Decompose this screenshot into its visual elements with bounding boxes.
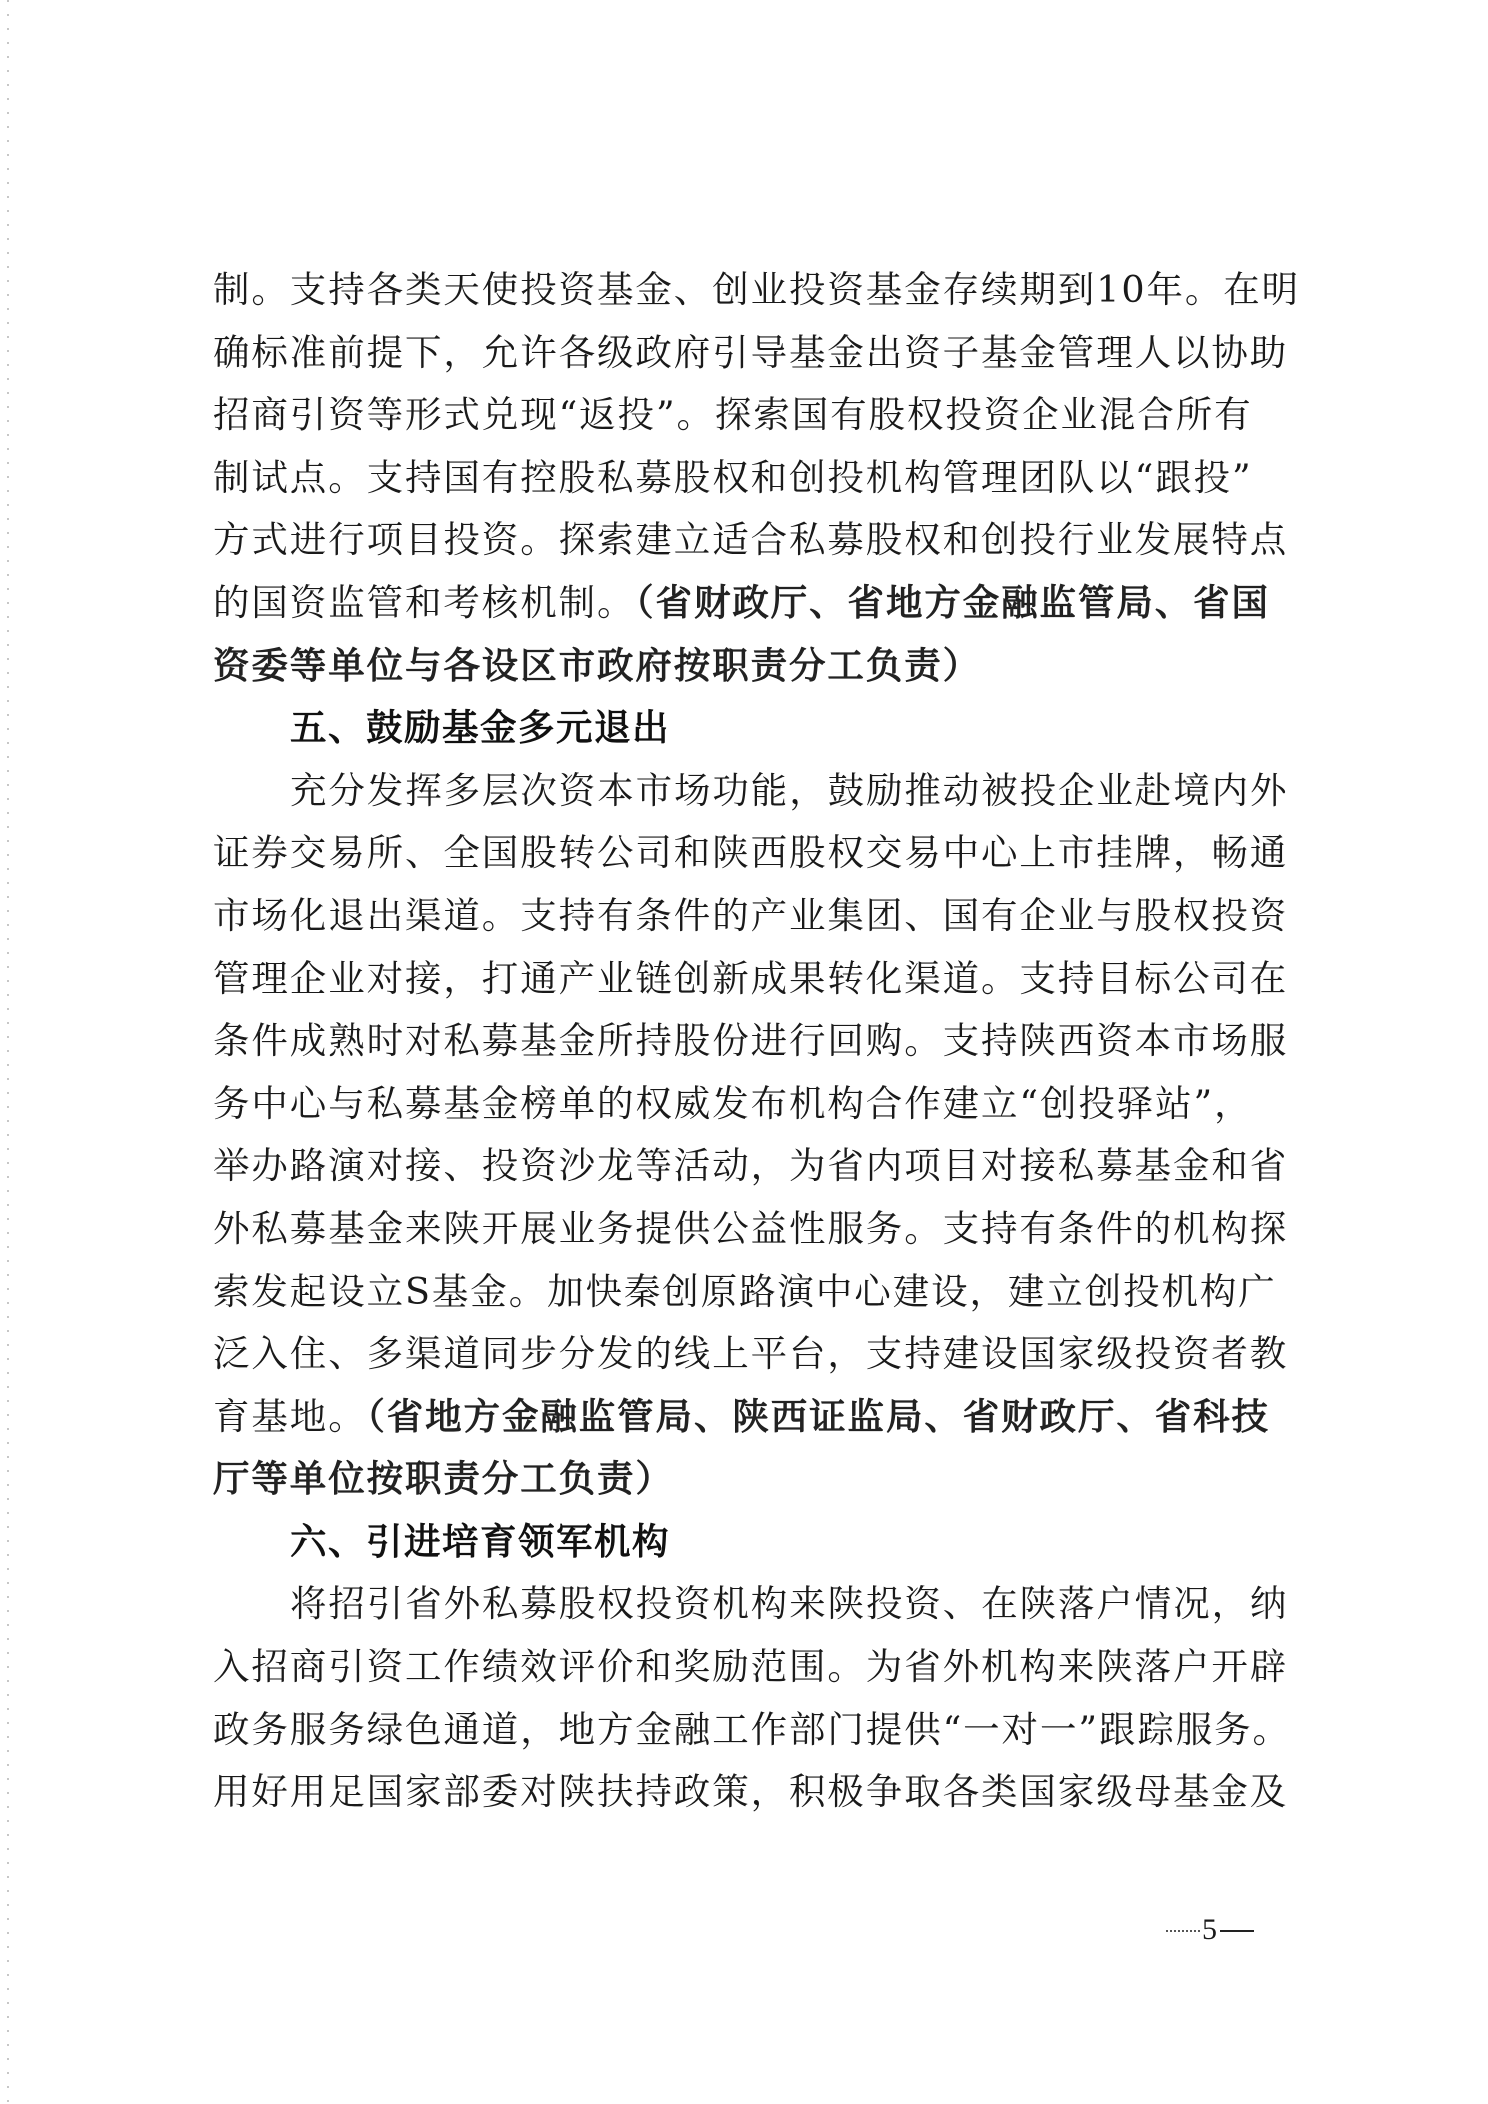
text-line: 将招引省外私募股权投资机构来陕投资、在陕落户情况，纳	[213, 1580, 1293, 1643]
page-number: 5	[1166, 1912, 1254, 1948]
line-text: 泛入住、多渠道同步分发的线上平台，支持建设国家级投资者教	[213, 1332, 1288, 1375]
text-line: 管理企业对接，打通产业链创新成果转化渠道。支持目标公司在	[213, 955, 1293, 1018]
text-line: 证券交易所、全国股转公司和陕西股权交易中心上市挂牌，畅通	[213, 829, 1293, 892]
line-text: 政务服务绿色通道，地方金融工作部门提供“一对一”跟踪服务。	[213, 1708, 1291, 1751]
responsibility-note: （省财政厅、省地方金融监管局、省国	[635, 581, 1270, 624]
line-text: 管理企业对接，打通产业链创新成果转化渠道。支持目标公司在	[213, 957, 1288, 1000]
line-text: 索发起设立S基金。加快秦创原路演中心建设，建立创投机构广	[213, 1270, 1277, 1313]
heading-text: 六、引进培育领军机构	[290, 1520, 670, 1563]
line-text: 育基地。	[213, 1395, 367, 1438]
line-text: 入招商引资工作绩效评价和奖励范围。为省外机构来陕落户开辟	[213, 1645, 1288, 1688]
text-line: 育基地。（省地方金融监管局、陕西证监局、省财政厅、省科技	[213, 1393, 1293, 1456]
line-text: 制。支持各类天使投资基金、创业投资基金存续期到10年。在明	[213, 268, 1300, 311]
line-text: 充分发挥多层次资本市场功能，鼓励推动被投企业赴境内外	[290, 769, 1288, 812]
line-text: 用好用足国家部委对陕扶持政策，积极争取各类国家级母基金及	[213, 1770, 1288, 1813]
text-line: 政务服务绿色通道，地方金融工作部门提供“一对一”跟踪服务。	[213, 1706, 1293, 1769]
text-line: 招商引资等形式兑现“返投”。探索国有股权投资企业混合所有	[213, 391, 1293, 454]
text-line: 制。支持各类天使投资基金、创业投资基金存续期到10年。在明	[213, 266, 1293, 329]
text-line: 举办路演对接、投资沙龙等活动，为省内项目对接私募基金和省	[213, 1142, 1293, 1205]
body-text: 制。支持各类天使投资基金、创业投资基金存续期到10年。在明 确标准前提下，允许各…	[213, 266, 1293, 1831]
text-line: 索发起设立S基金。加快秦创原路演中心建设，建立创投机构广	[213, 1268, 1293, 1331]
line-text: 确标准前提下，允许各级政府引导基金出资子基金管理人以协助	[213, 331, 1288, 374]
text-line: 的国资监管和考核机制。（省财政厅、省地方金融监管局、省国	[213, 579, 1293, 642]
text-line: 厅等单位按职责分工负责）	[213, 1455, 1293, 1518]
line-text: 证券交易所、全国股转公司和陕西股权交易中心上市挂牌，畅通	[213, 831, 1288, 874]
line-text: 制试点。支持国有控股私募股权和创投机构管理团队以“跟投”	[213, 456, 1253, 499]
text-line: 资委等单位与各设区市政府按职责分工负责）	[213, 642, 1293, 705]
binding-dotted-line	[7, 0, 9, 2104]
document-page: 制。支持各类天使投资基金、创业投资基金存续期到10年。在明 确标准前提下，允许各…	[0, 0, 1488, 2104]
line-text: 务中心与私募基金榜单的权威发布机构合作建立“创投驿站”，	[213, 1082, 1253, 1125]
text-line: 确标准前提下，允许各级政府引导基金出资子基金管理人以协助	[213, 329, 1293, 392]
line-text: 方式进行项目投资。探索建立适合私募股权和创投行业发展特点	[213, 518, 1288, 561]
text-line: 条件成熟时对私募基金所持股份进行回购。支持陕西资本市场服	[213, 1017, 1293, 1080]
responsibility-note: 厅等单位按职责分工负责）	[213, 1457, 674, 1500]
line-text: 市场化退出渠道。支持有条件的产业集团、国有企业与股权投资	[213, 894, 1288, 937]
heading-text: 五、鼓励基金多元退出	[290, 706, 670, 749]
page-number-dash-right	[1220, 1930, 1254, 1932]
line-text: 外私募基金来陕开展业务提供公益性服务。支持有条件的机构探	[213, 1207, 1288, 1250]
line-text: 将招引省外私募股权投资机构来陕投资、在陕落户情况，纳	[290, 1582, 1288, 1625]
text-line: 充分发挥多层次资本市场功能，鼓励推动被投企业赴境内外	[213, 767, 1293, 830]
responsibility-note: （省地方金融监管局、陕西证监局、省财政厅、省科技	[367, 1395, 1270, 1438]
text-line: 市场化退出渠道。支持有条件的产业集团、国有企业与股权投资	[213, 892, 1293, 955]
line-text: 的国资监管和考核机制。	[213, 581, 635, 624]
line-text: 举办路演对接、投资沙龙等活动，为省内项目对接私募基金和省	[213, 1144, 1288, 1187]
page-number-value: 5	[1202, 1912, 1217, 1948]
text-line: 方式进行项目投资。探索建立适合私募股权和创投行业发展特点	[213, 516, 1293, 579]
responsibility-note: 资委等单位与各设区市政府按职责分工负责）	[213, 644, 981, 687]
line-text: 招商引资等形式兑现“返投”。探索国有股权投资企业混合所有	[213, 393, 1253, 436]
text-line: 制试点。支持国有控股私募股权和创投机构管理团队以“跟投”	[213, 454, 1293, 517]
section-heading-5: 五、鼓励基金多元退出	[213, 704, 1293, 767]
text-line: 外私募基金来陕开展业务提供公益性服务。支持有条件的机构探	[213, 1205, 1293, 1268]
text-line: 务中心与私募基金榜单的权威发布机构合作建立“创投驿站”，	[213, 1080, 1293, 1143]
section-heading-6: 六、引进培育领军机构	[213, 1518, 1293, 1581]
text-line: 用好用足国家部委对陕扶持政策，积极争取各类国家级母基金及	[213, 1768, 1293, 1831]
text-line: 入招商引资工作绩效评价和奖励范围。为省外机构来陕落户开辟	[213, 1643, 1293, 1706]
text-line: 泛入住、多渠道同步分发的线上平台，支持建设国家级投资者教	[213, 1330, 1293, 1393]
line-text: 条件成熟时对私募基金所持股份进行回购。支持陕西资本市场服	[213, 1019, 1288, 1062]
page-number-dash-left	[1166, 1930, 1200, 1932]
